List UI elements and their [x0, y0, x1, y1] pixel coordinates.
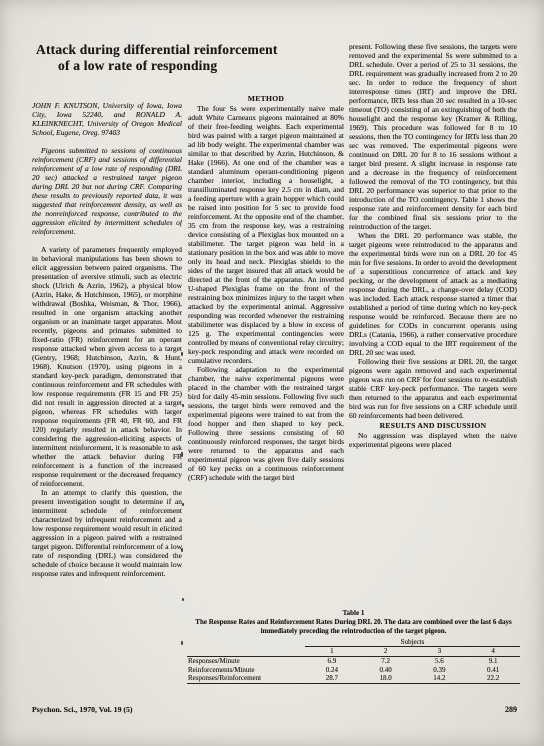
- method-paragraph: The four Ss were experimentally naive ma…: [188, 104, 344, 365]
- table-cell: 9.1: [466, 657, 520, 666]
- table-column-header: 1: [305, 647, 359, 657]
- table-cell: 0.39: [413, 666, 467, 674]
- journal-page-scan: Attack during differential reinforcement…: [0, 0, 544, 746]
- scan-artifact: [182, 404, 184, 407]
- table-row: Responses/Reinforcement 28.7 18.0 14.2 2…: [187, 674, 520, 684]
- table-cell: 0.41: [466, 666, 520, 674]
- method-heading: METHOD: [188, 94, 344, 103]
- row-label: Responses/Reinforcement: [187, 674, 305, 684]
- scan-artifact: [181, 352, 183, 356]
- table-group-header: Subjects: [305, 638, 520, 647]
- table-column-header: 4: [466, 647, 520, 657]
- scan-artifact: [182, 503, 184, 506]
- row-label: Reinforcements/Minute: [187, 666, 305, 674]
- table-stub-cell: [187, 638, 305, 647]
- table-caption: The Response Rates and Reinforcement Rat…: [191, 618, 516, 635]
- abstract-text: Pigeons submitted to sessions of continu…: [32, 146, 182, 236]
- table-stub-cell: [187, 647, 305, 657]
- results-table: Subjects 1 2 3 4 Responses/Minute 6.9 7.…: [187, 638, 520, 684]
- method-paragraph: Following their five sessions at DRL 20,…: [349, 357, 517, 420]
- author-byline: JOHN F. KNUTSON, University of Iowa, Iow…: [32, 101, 182, 137]
- table-cell: 7.2: [359, 657, 413, 666]
- table-1: Table 1 The Response Rates and Reinforce…: [187, 609, 520, 684]
- column-left: JOHN F. KNUTSON, University of Iowa, Iow…: [32, 101, 182, 701]
- table-cell: 18.0: [359, 674, 413, 684]
- journal-citation: Psychon. Sci., 1970, Vol. 19 (5): [32, 705, 133, 714]
- table-row: Reinforcements/Minute 0.24 0.40 0.39 0.4…: [187, 666, 520, 674]
- table-row: Responses/Minute 6.9 7.2 5.6 9.1: [187, 657, 520, 666]
- table-label: Table 1: [187, 609, 520, 617]
- table-column-header: 3: [413, 647, 467, 657]
- table-cell: 5.6: [413, 657, 467, 666]
- table-cell: 28.7: [305, 674, 359, 684]
- method-paragraph: Following adaptation to the experimental…: [188, 365, 344, 482]
- method-paragraph: When the DRL 20 performance was stable, …: [349, 231, 517, 357]
- results-heading: RESULTS AND DISCUSSION: [349, 421, 517, 430]
- column-middle: METHOD The four Ss were experimentally n…: [188, 93, 344, 609]
- article-title-line2: of a low rate of responding: [36, 58, 316, 74]
- scan-artifact: [181, 641, 183, 645]
- table-column-header: 2: [359, 647, 413, 657]
- intro-paragraph: In an attempt to clarify this question, …: [32, 488, 182, 578]
- page-number: 289: [505, 705, 517, 714]
- row-label: Responses/Minute: [187, 657, 305, 666]
- method-paragraph-continued: present. Following these five sessions, …: [349, 42, 517, 231]
- table-cell: 14.2: [413, 674, 467, 684]
- article-title: Attack during differential reinforcement…: [36, 42, 316, 74]
- article-title-line1: Attack during differential reinforcement: [36, 42, 278, 57]
- scan-artifact: [181, 452, 183, 457]
- scan-artifact: [181, 548, 183, 552]
- table-cell: 0.40: [359, 666, 413, 674]
- results-paragraph: No aggression was displayed when the nai…: [349, 431, 517, 449]
- table-cell: 22.2: [466, 674, 520, 684]
- intro-paragraph: A variety of parameters frequently emplo…: [32, 245, 182, 488]
- table-cell: 0.24: [305, 666, 359, 674]
- scan-artifact: [182, 598, 184, 601]
- column-right: present. Following these five sessions, …: [349, 42, 517, 609]
- table-cell: 6.9: [305, 657, 359, 666]
